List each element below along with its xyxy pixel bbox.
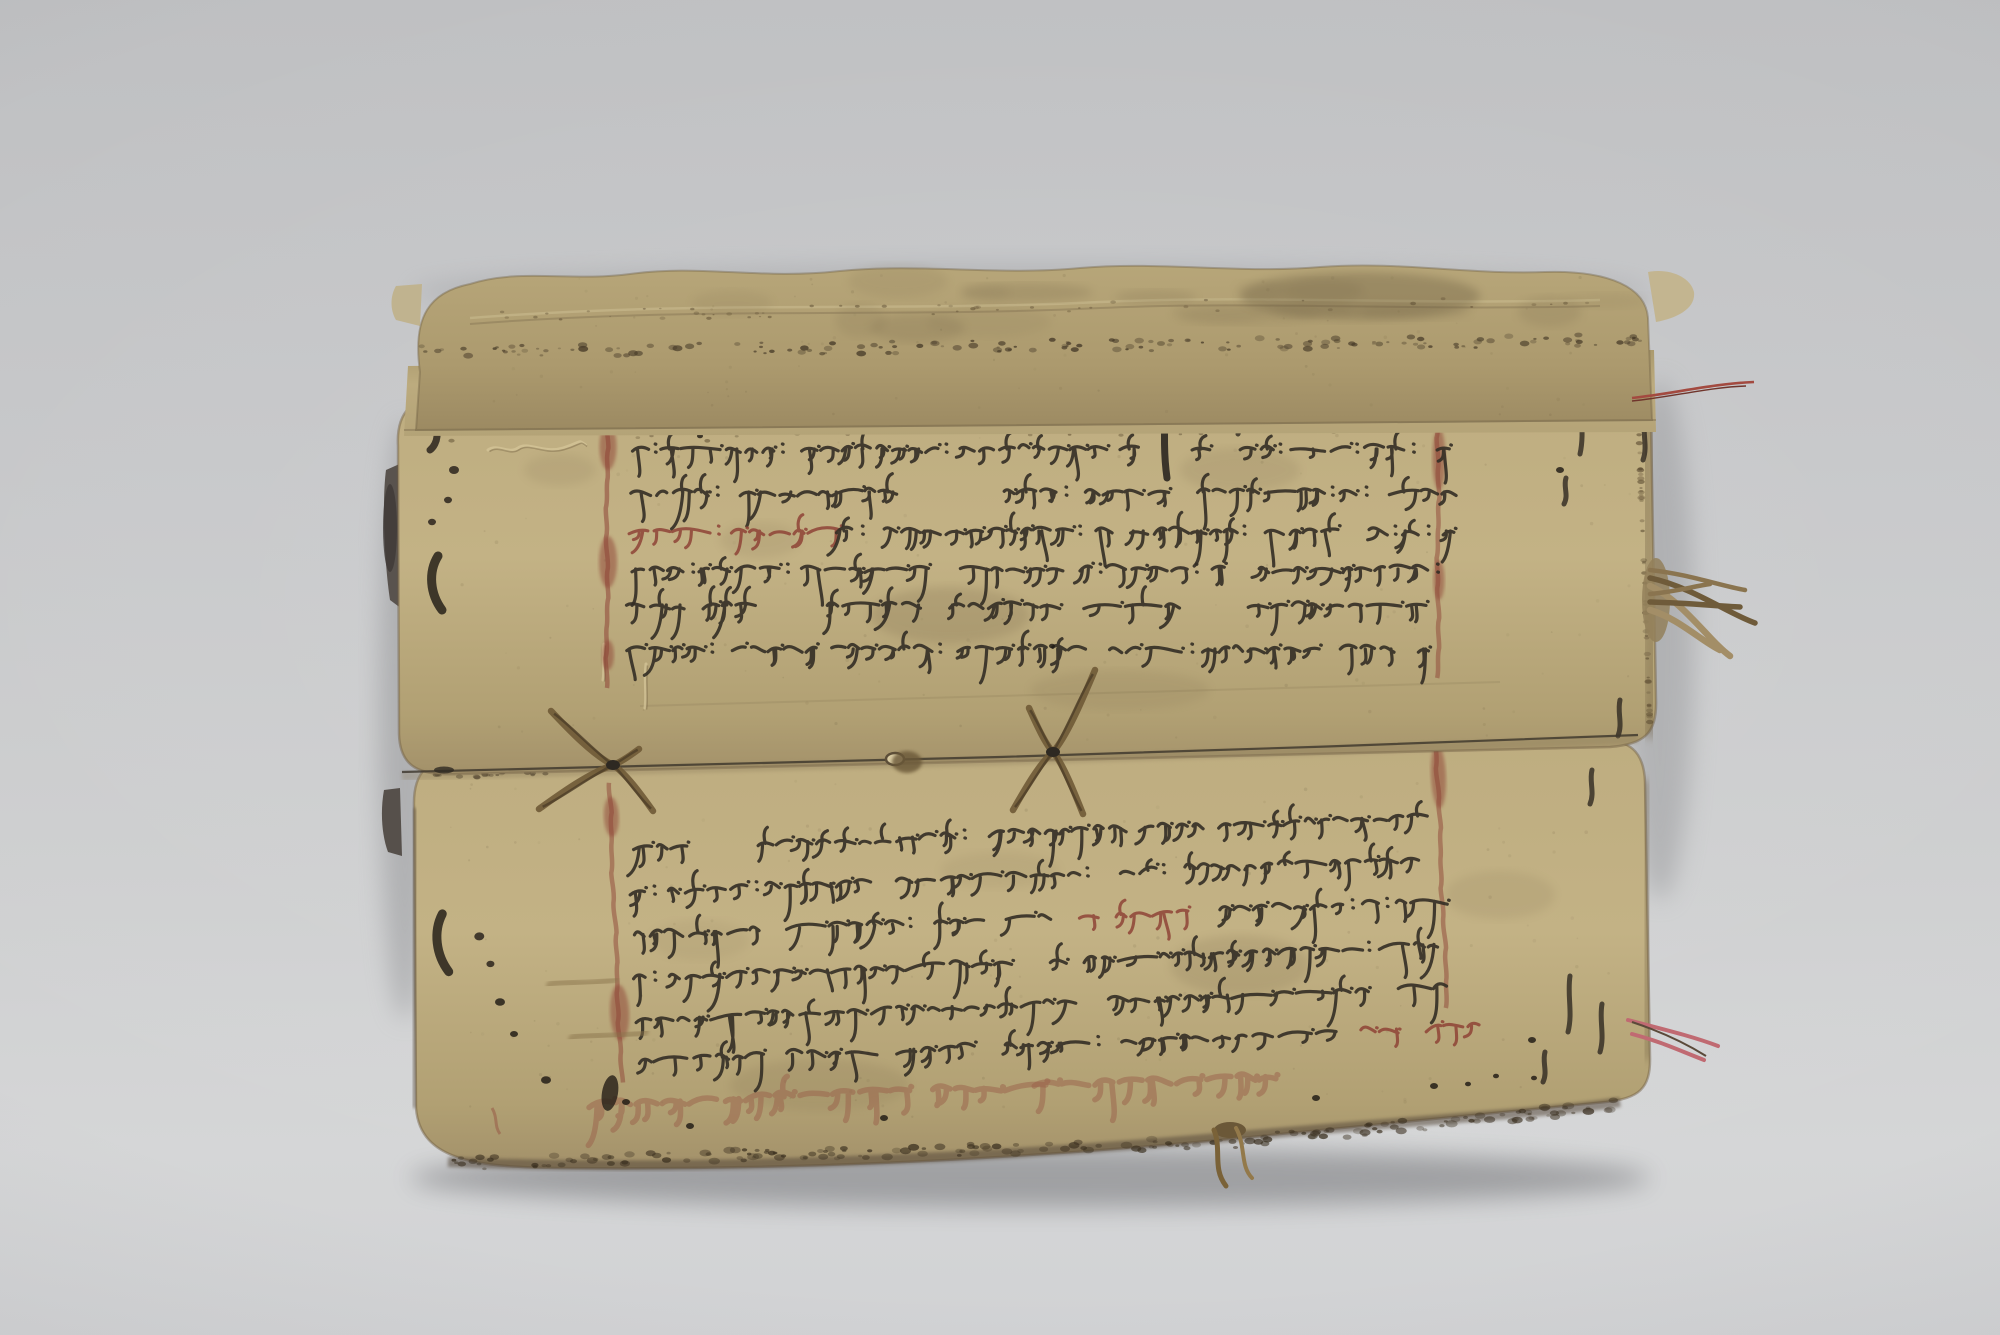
edge-speckle xyxy=(1516,1110,1522,1113)
edge-speckle xyxy=(1276,338,1280,341)
paper-grain xyxy=(517,666,520,669)
paper-grain xyxy=(994,939,997,942)
paper-grain xyxy=(821,562,824,565)
paper-grain xyxy=(1328,383,1331,386)
paper-grain xyxy=(702,818,705,821)
edge-speckle xyxy=(825,1146,835,1152)
edge-speckle xyxy=(448,439,454,443)
edge-speckle xyxy=(1118,434,1123,437)
edge-speckle xyxy=(824,346,833,351)
edge-speckle xyxy=(803,1156,808,1159)
edge-speckle xyxy=(1583,1108,1595,1115)
edge-speckle xyxy=(566,1158,574,1163)
paper-grain xyxy=(1542,673,1544,675)
edge-speckle xyxy=(636,436,641,439)
lower-right-edge-shade xyxy=(1645,780,1649,1060)
paper-grain xyxy=(1501,405,1504,408)
paper-grain xyxy=(505,652,507,654)
paper-grain xyxy=(1162,1055,1164,1057)
edge-speckle xyxy=(1215,309,1219,312)
edge-speckle xyxy=(1014,346,1017,348)
edge-speckle xyxy=(1637,495,1645,500)
edge-speckle xyxy=(1343,1135,1352,1140)
paper-grain xyxy=(585,290,588,293)
edge-speckle xyxy=(1360,1129,1371,1136)
edge-speckle xyxy=(747,316,751,318)
edge-speckle xyxy=(1148,340,1153,343)
edge-speckle xyxy=(660,317,666,320)
paper-grain xyxy=(590,1041,592,1043)
edge-speckle xyxy=(857,344,865,349)
paper-grain xyxy=(1215,604,1217,606)
paper-grain xyxy=(853,313,856,316)
edge-speckle xyxy=(1303,346,1313,352)
edge-speckle xyxy=(1184,1146,1191,1150)
paper-grain xyxy=(834,783,836,785)
edge-speckle xyxy=(1233,1146,1238,1149)
paper-grain xyxy=(1575,965,1578,968)
edge-speckle xyxy=(737,1156,743,1160)
stitch-knot xyxy=(606,760,620,770)
paper-grain xyxy=(1464,346,1467,349)
edge-speckle xyxy=(1475,1112,1486,1118)
edge-speckle xyxy=(543,349,548,352)
paper-grain xyxy=(495,540,499,544)
cloth-spine-dark xyxy=(383,484,397,572)
edge-speckle xyxy=(1454,346,1459,349)
paper-grain xyxy=(591,1059,594,1062)
paper-grain xyxy=(1300,473,1302,475)
red-ink-blot xyxy=(602,640,614,670)
paper-grain xyxy=(806,825,809,828)
edge-speckle xyxy=(482,1168,486,1171)
edge-speckle xyxy=(616,347,620,349)
paper-grain xyxy=(1263,801,1266,804)
edge-speckle xyxy=(549,1153,559,1159)
paper-grain xyxy=(845,658,849,662)
edge-speckle xyxy=(1644,652,1651,656)
edge-speckle xyxy=(659,308,662,310)
edge-speckle xyxy=(533,316,537,319)
paper-grain xyxy=(1326,1093,1328,1095)
edge-speckle xyxy=(502,350,505,352)
worm-hole xyxy=(1465,1082,1471,1087)
edge-speckle xyxy=(1324,1130,1330,1133)
paper-grain xyxy=(1417,330,1420,333)
edge-speckle xyxy=(1275,1131,1280,1134)
paper-grain xyxy=(1033,368,1036,371)
paper-grain xyxy=(469,1105,471,1107)
paper-grain xyxy=(1098,390,1100,392)
edge-speckle xyxy=(1255,335,1265,341)
paper-grain xyxy=(1133,944,1136,947)
edge-speckle xyxy=(1632,337,1636,339)
paper-grain xyxy=(911,1116,913,1118)
paper-grain xyxy=(626,469,628,471)
edge-speckle xyxy=(1416,1126,1424,1131)
edge-speckle xyxy=(1157,341,1165,346)
worm-hole xyxy=(1493,1074,1499,1079)
edge-speckle xyxy=(1153,1140,1158,1143)
edge-speckle xyxy=(522,349,529,353)
paper-grain xyxy=(1487,848,1490,851)
stain xyxy=(1030,670,1210,710)
paper-grain xyxy=(725,456,729,460)
paper-grain xyxy=(646,295,648,297)
paper-grain xyxy=(1483,707,1486,710)
paper-grain xyxy=(514,788,517,791)
paper-grain xyxy=(610,370,613,373)
edge-speckle xyxy=(817,1149,824,1153)
paper-grain xyxy=(1604,484,1606,486)
paper-grain xyxy=(616,473,620,477)
edge-speckle xyxy=(1321,340,1330,345)
edge-speckle xyxy=(1546,1114,1550,1117)
edge-speckle xyxy=(540,354,544,356)
edge-speckle xyxy=(1646,709,1653,713)
edge-speckle xyxy=(1539,1104,1551,1111)
worm-hole xyxy=(1049,644,1055,649)
edge-speckle xyxy=(1149,349,1154,352)
paper-grain xyxy=(566,1088,568,1090)
edge-speckle xyxy=(1083,1147,1094,1154)
edge-speckle xyxy=(1152,1146,1157,1149)
edge-speckle xyxy=(1640,519,1645,522)
paper-grain xyxy=(1485,464,1487,466)
paper-grain xyxy=(1563,457,1566,460)
paper-grain xyxy=(798,365,800,367)
worm-hole xyxy=(510,1031,518,1037)
paper-grain xyxy=(869,827,872,830)
paper-grain xyxy=(1159,1058,1162,1061)
paper-grain xyxy=(1414,628,1416,630)
edge-speckle xyxy=(762,312,765,314)
edge-speckle xyxy=(643,308,646,310)
edge-speckle xyxy=(1167,343,1172,346)
brown-smudge xyxy=(572,1032,644,1039)
edge-speckle xyxy=(559,318,563,320)
edge-speckle xyxy=(934,1144,945,1151)
edge-speckle xyxy=(1029,348,1037,353)
edge-speckle xyxy=(646,1150,656,1156)
paper-grain xyxy=(1384,336,1388,340)
ink-dot xyxy=(428,519,436,525)
edge-speckle xyxy=(673,345,683,351)
worm-hole xyxy=(541,1076,551,1084)
paper-grain xyxy=(566,605,569,608)
paper-grain xyxy=(1571,916,1574,919)
edge-speckle xyxy=(1351,343,1357,347)
edge-speckle xyxy=(1302,300,1305,302)
paper-grain xyxy=(461,583,464,586)
upper-page-paper xyxy=(398,380,1656,774)
paper-grain xyxy=(1506,633,1509,636)
paper-grain xyxy=(1295,332,1298,335)
edge-speckle xyxy=(1616,340,1623,344)
edge-speckle xyxy=(818,1154,828,1160)
paper-grain xyxy=(1312,373,1315,376)
paper-grain xyxy=(1393,610,1396,613)
edge-speckle xyxy=(1112,339,1119,343)
edge-speckle xyxy=(1402,342,1407,345)
paper-grain xyxy=(1347,931,1350,934)
edge-speckle xyxy=(1504,334,1513,339)
edge-speckle xyxy=(609,316,611,317)
paper-grain xyxy=(851,290,854,293)
edge-speckle xyxy=(713,314,715,315)
edge-speckle xyxy=(1639,490,1643,492)
paper-tab-top-right xyxy=(1648,271,1694,322)
edge-speckle xyxy=(768,1151,776,1156)
paper-grain xyxy=(1416,782,1419,785)
edge-speckle xyxy=(542,1164,547,1167)
paper-grain xyxy=(632,454,635,457)
edge-speckle xyxy=(1398,1118,1408,1124)
edge-speckle xyxy=(1562,1102,1574,1109)
edge-speckle xyxy=(1565,342,1570,345)
verso-mottle xyxy=(1563,293,1648,309)
stain xyxy=(730,1059,910,1111)
paper-grain xyxy=(1596,599,1600,603)
paper-grain xyxy=(1526,308,1528,310)
edge-speckle xyxy=(607,1161,615,1166)
paper-grain xyxy=(516,394,518,396)
edge-speckle xyxy=(1439,1124,1444,1127)
paper-grain xyxy=(514,841,517,844)
edge-speckle xyxy=(879,346,883,349)
edge-speckle xyxy=(1229,1139,1237,1144)
paper-grain xyxy=(1400,1005,1402,1007)
paper-grain xyxy=(1019,976,1021,978)
paper-grain xyxy=(1305,365,1308,368)
paper-grain xyxy=(468,859,470,861)
edge-speckle xyxy=(423,350,427,353)
paper-grain xyxy=(1362,682,1365,685)
paper-grain xyxy=(830,540,832,542)
edge-speckle xyxy=(706,1152,712,1156)
paper-grain xyxy=(1225,353,1228,356)
edge-speckle xyxy=(690,308,694,311)
paper-grain xyxy=(1053,314,1056,317)
paper-grain xyxy=(643,709,645,711)
paper-grain xyxy=(1569,352,1572,355)
edge-speckle xyxy=(856,351,866,357)
edge-speckle xyxy=(1543,337,1549,340)
paper-grain xyxy=(801,341,803,343)
edge-speckle xyxy=(1500,1113,1506,1116)
paper-grain xyxy=(636,1039,638,1041)
edge-speckle xyxy=(1417,345,1425,350)
edge-speckle xyxy=(602,1154,612,1160)
edge-speckle xyxy=(1076,344,1082,348)
edge-speckle xyxy=(623,353,630,357)
edge-speckle xyxy=(508,345,515,349)
paper-grain xyxy=(1314,335,1316,337)
paper-grain xyxy=(982,1077,985,1080)
edge-speckle xyxy=(1135,338,1144,344)
paper-grain xyxy=(1156,806,1160,810)
paper-grain xyxy=(724,643,727,646)
paper-grain xyxy=(1034,348,1036,350)
paper-grain xyxy=(1304,788,1308,792)
paper-grain xyxy=(1293,1068,1295,1070)
paper-grain xyxy=(895,397,898,400)
edge-speckle xyxy=(969,1150,979,1156)
paper-grain xyxy=(498,726,501,729)
edge-speckle xyxy=(1574,333,1582,338)
edge-speckle xyxy=(1060,1146,1070,1152)
paper-grain xyxy=(940,329,942,331)
paper-grain xyxy=(842,890,844,892)
paper-grain xyxy=(1628,584,1631,587)
paper-grain xyxy=(547,1045,549,1047)
edge-speckle xyxy=(452,1159,457,1162)
edge-speckle xyxy=(1550,304,1553,306)
edge-speckle xyxy=(941,345,944,347)
paper-grain xyxy=(821,342,824,345)
edge-speckle xyxy=(1280,346,1289,352)
edge-speckle xyxy=(1204,299,1208,301)
paper-grain xyxy=(1582,403,1585,406)
edge-speckle xyxy=(1646,691,1650,693)
edge-speckle xyxy=(808,1152,816,1157)
paper-grain xyxy=(1368,710,1371,713)
worm-hole xyxy=(1430,1083,1438,1089)
paper-grain xyxy=(1627,675,1629,677)
edge-speckle xyxy=(1477,337,1484,341)
edge-speckle xyxy=(1331,336,1341,342)
edge-speckle xyxy=(956,311,959,313)
edge-speckle xyxy=(1372,341,1376,343)
edge-speckle xyxy=(917,1151,927,1157)
edge-speckle xyxy=(1244,1138,1255,1145)
paper-grain xyxy=(652,1072,655,1075)
paper-grain xyxy=(800,945,803,948)
edge-speckle xyxy=(1453,343,1459,346)
edge-speckle xyxy=(892,351,899,355)
edge-speckle xyxy=(1062,346,1068,350)
lower-left-edge-shade xyxy=(413,808,416,1108)
edge-speckle xyxy=(1563,302,1568,305)
verso-mottle xyxy=(848,264,948,298)
paper-grain xyxy=(1483,723,1486,726)
flipped-page-verso xyxy=(416,264,1652,430)
edge-speckle xyxy=(475,1155,484,1161)
paper-grain xyxy=(1512,710,1515,713)
paper-grain xyxy=(726,388,728,390)
edge-speckle xyxy=(545,313,548,315)
edge-speckle xyxy=(1260,1141,1269,1146)
edge-speckle xyxy=(1078,307,1081,309)
paper-grain xyxy=(578,838,580,840)
edge-speckle xyxy=(1175,1145,1179,1147)
paper-grain xyxy=(881,1105,884,1108)
edge-ink-stroke xyxy=(1590,770,1592,804)
edge-speckle xyxy=(1381,1122,1389,1127)
edge-speckle xyxy=(1642,561,1646,563)
paper-grain xyxy=(1456,322,1458,324)
edge-speckle xyxy=(1125,348,1128,350)
edge-speckle xyxy=(1218,346,1227,351)
paper-grain xyxy=(1019,995,1022,998)
edge-speckle xyxy=(1640,530,1644,533)
manuscript-photo: Photograph of an open handwritten Tibeta… xyxy=(0,0,2000,1335)
paper-grain xyxy=(493,400,496,403)
paper-grain xyxy=(794,296,796,298)
paper-grain xyxy=(1429,1077,1432,1080)
edge-speckle xyxy=(519,344,524,347)
paper-grain xyxy=(1391,276,1394,279)
edge-speckle xyxy=(1319,1134,1328,1140)
edge-speckle xyxy=(922,1147,926,1150)
paper-grain xyxy=(838,442,840,444)
paper-grain xyxy=(593,717,596,720)
paper-grain xyxy=(1117,455,1120,458)
edge-speckle xyxy=(968,343,978,349)
paper-grain xyxy=(986,277,988,279)
edge-speckle xyxy=(754,351,757,353)
paper-grain xyxy=(1422,444,1425,447)
paper-grain xyxy=(1107,714,1110,717)
edge-speckle xyxy=(1638,340,1642,342)
edge-speckle xyxy=(1563,337,1572,342)
paper-grain xyxy=(1578,633,1581,636)
worm-hole xyxy=(1531,1076,1537,1081)
paper-grain xyxy=(521,730,523,732)
edge-speckle xyxy=(570,349,574,351)
paper-grain xyxy=(911,976,913,978)
paper-grain xyxy=(593,608,595,610)
paper-grain xyxy=(1502,841,1505,844)
paper-grain xyxy=(1584,830,1588,834)
verso-mottle xyxy=(692,290,772,316)
edge-speckle xyxy=(734,342,740,346)
paper-grain xyxy=(1175,856,1177,858)
edge-speckle xyxy=(842,1150,846,1153)
edge-speckle xyxy=(1428,345,1432,348)
paper-grain xyxy=(1063,274,1066,277)
edge-speckle xyxy=(1137,1147,1146,1153)
paper-grain xyxy=(978,406,981,409)
paper-grain xyxy=(1312,816,1315,819)
paper-grain xyxy=(817,898,819,900)
paper-grain xyxy=(1309,1025,1312,1028)
edge-speckle xyxy=(1530,340,1536,344)
paper-grain xyxy=(1426,551,1428,553)
edge-speckle xyxy=(1646,712,1653,716)
lower-page-leaf xyxy=(413,737,1650,1170)
edge-speckle xyxy=(1463,1116,1468,1119)
edge-speckle xyxy=(667,1152,671,1155)
stain xyxy=(1445,871,1555,919)
paper-grain xyxy=(1577,938,1579,940)
paper-grain xyxy=(1175,736,1177,738)
edge-speckle xyxy=(593,1158,599,1161)
paper-grain xyxy=(1551,631,1553,633)
paper-grain xyxy=(1499,413,1501,415)
paper-grain xyxy=(1470,944,1473,947)
edge-speckle xyxy=(1574,344,1581,348)
paper-grain xyxy=(1156,936,1159,939)
edge-speckle xyxy=(620,1161,630,1167)
paper-grain xyxy=(916,341,919,344)
edge-speckle xyxy=(1375,342,1383,347)
paper-grain xyxy=(540,375,543,378)
edge-speckle xyxy=(1301,1132,1306,1135)
edge-speckle xyxy=(1366,1122,1373,1126)
edge-speckle xyxy=(1468,1119,1474,1123)
edge-speckle xyxy=(774,1154,785,1160)
